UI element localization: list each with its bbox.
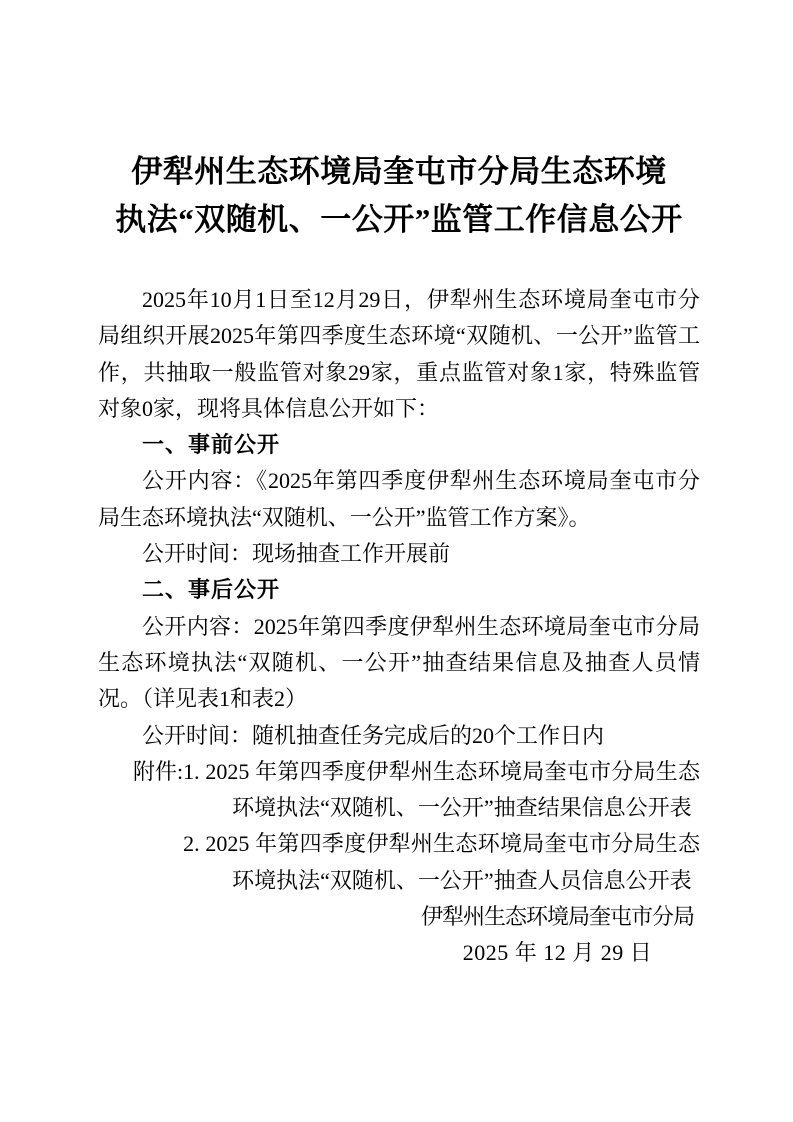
section-1-time: 公开时间：现场抽查工作开展前 — [98, 536, 700, 572]
attachment-item-2: 2. 2025 年第四季度伊犁州生态环境局奎屯市分局生态环境执法“双随机、一公开… — [183, 826, 700, 899]
title-line-2: 执法“双随机、一公开”监管工作信息公开 — [98, 196, 700, 244]
signature-date: 2025 年 12 月 29 日 — [421, 935, 694, 971]
attachment-item-1: 1. 2025 年第四季度伊犁州生态环境局奎屯市分局生态环境执法“双随机、一公开… — [183, 754, 700, 827]
title-line-1: 伊犁州生态环境局奎屯市分局生态环境 — [98, 148, 700, 196]
document-body: 2025年10月1日至12月29日，伊犁州生态环境局奎屯市分局组织开展2025年… — [98, 282, 700, 972]
attachments-block: 附件: 1. 2025 年第四季度伊犁州生态环境局奎屯市分局生态环境执法“双随机… — [98, 754, 700, 899]
signature-organization: 伊犁州生态环境局奎屯市分局 — [421, 899, 694, 935]
section-2-heading: 二、事后公开 — [98, 572, 700, 608]
section-1-heading: 一、事前公开 — [98, 427, 700, 463]
document-content: 伊犁州生态环境局奎屯市分局生态环境 执法“双随机、一公开”监管工作信息公开 20… — [98, 148, 700, 972]
intro-paragraph: 2025年10月1日至12月29日，伊犁州生态环境局奎屯市分局组织开展2025年… — [98, 282, 700, 427]
section-2-content: 公开内容：2025年第四季度伊犁州生态环境局奎屯市分局生态环境执法“双随机、一公… — [98, 609, 700, 718]
section-1-content: 公开内容：《2025年第四季度伊犁州生态环境局奎屯市分局生态环境执法“双随机、一… — [98, 463, 700, 536]
attachments-label: 附件: — [133, 754, 183, 899]
section-2-time: 公开时间：随机抽查任务完成后的20个工作日内 — [98, 718, 700, 754]
document-page: 伊犁州生态环境局奎屯市分局生态环境 执法“双随机、一公开”监管工作信息公开 20… — [0, 0, 793, 1122]
document-title: 伊犁州生态环境局奎屯市分局生态环境 执法“双随机、一公开”监管工作信息公开 — [98, 148, 700, 244]
signature-block: 伊犁州生态环境局奎屯市分局 2025 年 12 月 29 日 — [421, 899, 694, 972]
attachments-list: 1. 2025 年第四季度伊犁州生态环境局奎屯市分局生态环境执法“双随机、一公开… — [183, 754, 700, 899]
